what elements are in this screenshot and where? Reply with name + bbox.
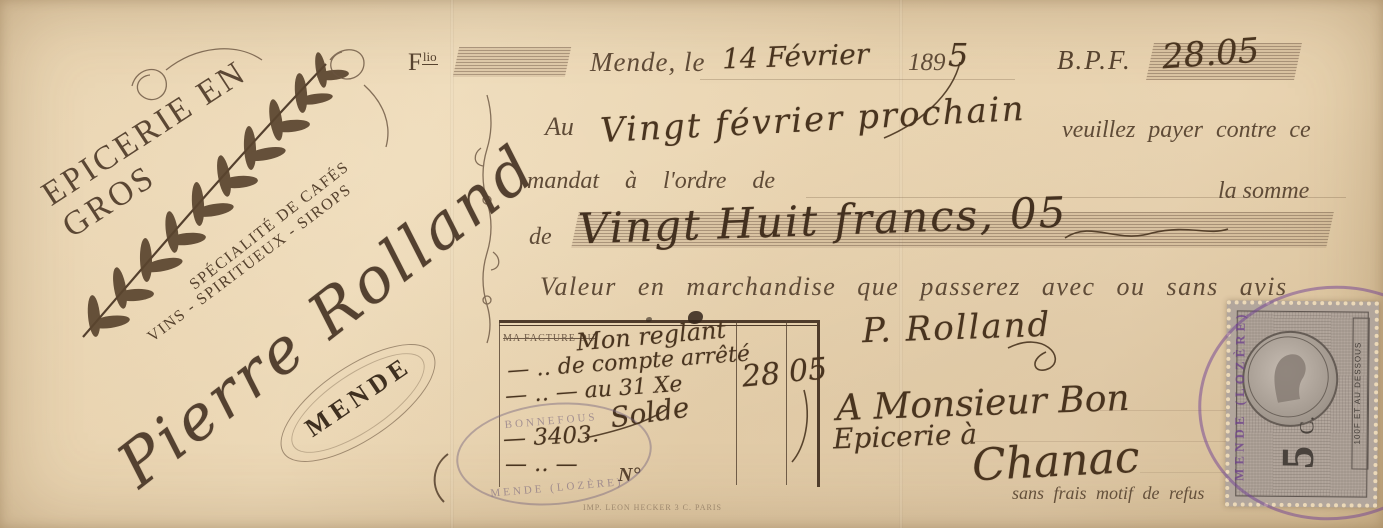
no-fees-note-printed: sans frais motif de refus bbox=[1012, 483, 1204, 504]
purple-cancel-oval bbox=[1185, 271, 1383, 528]
drawer-signature: P. Rolland bbox=[861, 305, 1052, 352]
year-digit-handwritten: 5 bbox=[948, 36, 968, 74]
bpf-amount-handwritten: 28.05 bbox=[1161, 31, 1261, 78]
sum-label-printed: la somme bbox=[1218, 178, 1309, 205]
due-date-handwritten: Vingt février prochain bbox=[599, 89, 1026, 151]
year-printed: 189 bbox=[908, 49, 946, 77]
folio-initial: F bbox=[408, 49, 422, 76]
value-clause-printed: Valeur en marchandise que passerez avec … bbox=[540, 272, 1288, 302]
due-prefix-printed: Au bbox=[545, 112, 574, 142]
oval-stamp-bottom-text: MENDE (LOZÈRE) bbox=[461, 474, 653, 503]
bpf-label: B.P.F. bbox=[1057, 45, 1132, 76]
table-right-border bbox=[817, 320, 820, 487]
date-handwritten: 14 Février bbox=[721, 37, 869, 75]
date-underline bbox=[700, 79, 1015, 80]
aged-bill-of-exchange-document: EPICERIE EN GROS SPÉCIALITÉ DE CAFÉS VIN… bbox=[0, 0, 1383, 528]
of-word-printed: de bbox=[529, 224, 552, 251]
folio-fill-box bbox=[453, 47, 571, 77]
recipient-trade-line: Epicerie à bbox=[832, 417, 977, 455]
folio-label: Flio bbox=[408, 49, 438, 77]
pay-clause-printed: veuillez payer contre ce bbox=[1062, 117, 1311, 144]
folio-superscript: lio bbox=[422, 49, 438, 65]
amount-francs: 28 bbox=[741, 356, 782, 394]
signature-swash-stroke bbox=[1008, 342, 1055, 370]
order-clause-printed: mandat à l'ordre de bbox=[527, 168, 775, 195]
amount-centimes: 05 bbox=[788, 351, 829, 389]
table-column-divider-2 bbox=[786, 320, 787, 485]
printer-imprint: IMP. LEON HECKER 3 C. PARIS bbox=[583, 503, 722, 512]
place-date-printed: Mende, le bbox=[590, 47, 705, 78]
centimes-tail-stroke bbox=[792, 390, 807, 462]
